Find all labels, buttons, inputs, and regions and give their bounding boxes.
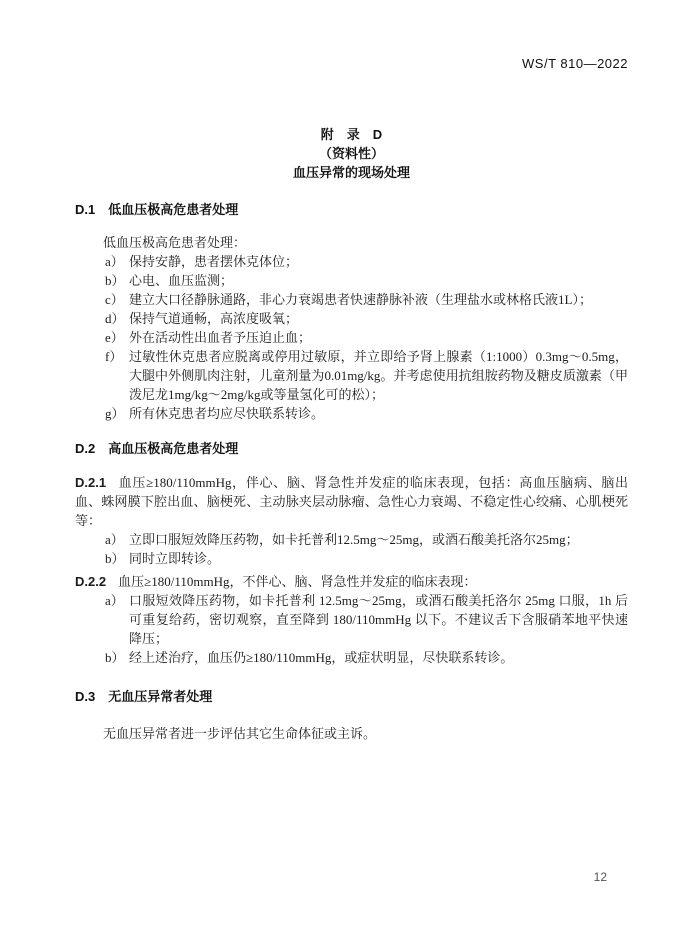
list-item-label: g） [105, 404, 129, 423]
list-item: a） 保持安静，患者摆休克体位； [105, 252, 628, 271]
list-item: g） 所有休克患者均应尽快联系转诊。 [105, 404, 628, 423]
section-d3-body: 无血压异常者进一步评估其它生命体征或主诉。 [75, 724, 628, 743]
list-item-label: a） [105, 252, 129, 271]
list-item: b） 心电、血压监测； [105, 271, 628, 290]
section-d1-intro: 低血压极高危患者处理： [75, 233, 628, 252]
list-item-text: 同时立即转诊。 [129, 549, 628, 568]
clause-d21-text: 血压≥180/110mmHg，伴心、脑、肾急性并发症的临床表现，包括：高血压脑病… [75, 475, 628, 528]
list-item-label: e） [105, 328, 129, 347]
section-d3-heading: D.3无血压异常者处理 [75, 687, 628, 707]
clause-d22: D.2.2血压≥180/110mmHg，不伴心、脑、肾急性并发症的临床表现： [75, 572, 628, 591]
list-item-label: d） [105, 309, 129, 328]
page-number: 12 [594, 868, 607, 887]
list-item-text: 立即口服短效降压药物，如卡托普利12.5mg～25mg，或酒石酸美托洛尔25mg… [129, 530, 628, 549]
clause-d21-number: D.2.1 [75, 475, 106, 490]
section-d1-heading: D.1低血压极高危患者处理 [75, 200, 628, 220]
list-item: c） 建立大口径静脉通路，非心力衰竭患者快速静脉补液（生理盐水或林格氏液1L）； [105, 290, 628, 309]
list-item-label: c） [105, 290, 129, 309]
list-item: a） 立即口服短效降压药物，如卡托普利12.5mg～25mg，或酒石酸美托洛尔2… [105, 530, 628, 549]
list-item: f） 过敏性休克患者应脱离或停用过敏原，并立即给予肾上腺素（1:1000）0.3… [105, 347, 628, 404]
clause-d22-text: 血压≥180/110mmHg，不伴心、脑、肾急性并发症的临床表现： [118, 574, 476, 589]
list-item-text: 保持气道通畅，高浓度吸氧； [129, 309, 628, 328]
section-d1: D.1低血压极高危患者处理 低血压极高危患者处理： a） 保持安静，患者摆休克体… [75, 200, 628, 423]
list-item-text: 经上述治疗，血压仍≥180/110mmHg，或症状明显，尽快联系转诊。 [129, 648, 628, 667]
clause-d21: D.2.1血压≥180/110mmHg，伴心、脑、肾急性并发症的临床表现，包括：… [75, 473, 628, 530]
appendix-label: 附 录 D [75, 125, 628, 144]
clause-d22-number: D.2.2 [75, 574, 106, 589]
list-item-text: 所有休克患者均应尽快联系转诊。 [129, 404, 628, 423]
list-item-label: a） [105, 530, 129, 549]
list-item: a） 口服短效降压药物，如卡托普利 12.5mg～25mg，或酒石酸美托洛尔 2… [105, 591, 628, 648]
section-d3-number: D.3 [75, 689, 95, 704]
list-item-label: b） [105, 549, 129, 568]
list-item-text: 口服短效降压药物，如卡托普利 12.5mg～25mg，或酒石酸美托洛尔 25mg… [129, 591, 628, 648]
list-item-text: 外在活动性出血者予压迫止血； [129, 328, 628, 347]
doc-number: WS/T 810—2022 [522, 56, 628, 71]
section-d2: D.2高血压极高危患者处理 D.2.1血压≥180/110mmHg，伴心、脑、肾… [75, 439, 628, 667]
section-d2-number: D.2 [75, 441, 95, 456]
list-item: b） 同时立即转诊。 [105, 549, 628, 568]
list-item: e） 外在活动性出血者予压迫止血； [105, 328, 628, 347]
document-page: WS/T 810—2022 附 录 D （资料性） 血压异常的现场处理 D.1低… [0, 0, 685, 952]
list-item-label: f） [105, 347, 129, 366]
section-d1-number: D.1 [75, 202, 95, 217]
clause-d21-list: a） 立即口服短效降压药物，如卡托普利12.5mg～25mg，或酒石酸美托洛尔2… [105, 530, 628, 568]
section-d2-heading: D.2高血压极高危患者处理 [75, 439, 628, 459]
list-item-label: a） [105, 591, 129, 610]
section-d2-title: 高血压极高危患者处理 [108, 441, 238, 456]
list-item: b） 经上述治疗，血压仍≥180/110mmHg，或症状明显，尽快联系转诊。 [105, 648, 628, 667]
list-item-label: b） [105, 648, 129, 667]
list-item-text: 保持安静，患者摆休克体位； [129, 252, 628, 271]
list-item-label: b） [105, 271, 129, 290]
section-d3-title: 无血压异常者处理 [108, 689, 212, 704]
doc-header: WS/T 810—2022 [75, 57, 628, 71]
section-d1-title: 低血压极高危患者处理 [108, 202, 238, 217]
appendix-type: （资料性） [75, 144, 628, 163]
appendix-title-block: 附 录 D （资料性） 血压异常的现场处理 [75, 125, 628, 182]
list-item: d） 保持气道通畅，高浓度吸氧； [105, 309, 628, 328]
list-item-text: 过敏性休克患者应脱离或停用过敏原，并立即给予肾上腺素（1:1000）0.3mg～… [129, 347, 628, 404]
section-d1-list: a） 保持安静，患者摆休克体位； b） 心电、血压监测； c） 建立大口径静脉通… [105, 252, 628, 423]
list-item-text: 建立大口径静脉通路，非心力衰竭患者快速静脉补液（生理盐水或林格氏液1L）； [129, 290, 628, 309]
section-d3: D.3无血压异常者处理 无血压异常者进一步评估其它生命体征或主诉。 [75, 687, 628, 743]
clause-d22-list: a） 口服短效降压药物，如卡托普利 12.5mg～25mg，或酒石酸美托洛尔 2… [105, 591, 628, 667]
appendix-title: 血压异常的现场处理 [75, 163, 628, 182]
list-item-text: 心电、血压监测； [129, 271, 628, 290]
